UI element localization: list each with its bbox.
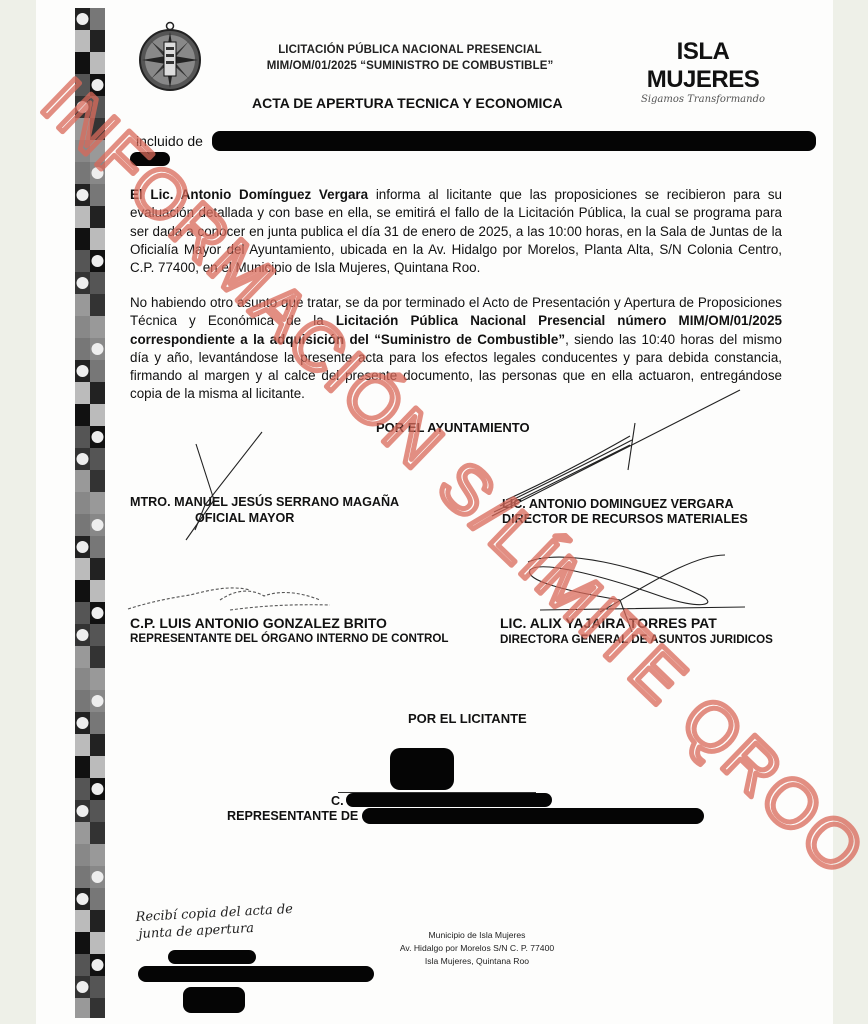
signature-dominguez	[492, 390, 740, 516]
signatures	[0, 0, 868, 1024]
signature-serrano	[186, 444, 214, 540]
signature-torres	[528, 555, 745, 632]
signature-gonzalez	[128, 588, 330, 610]
